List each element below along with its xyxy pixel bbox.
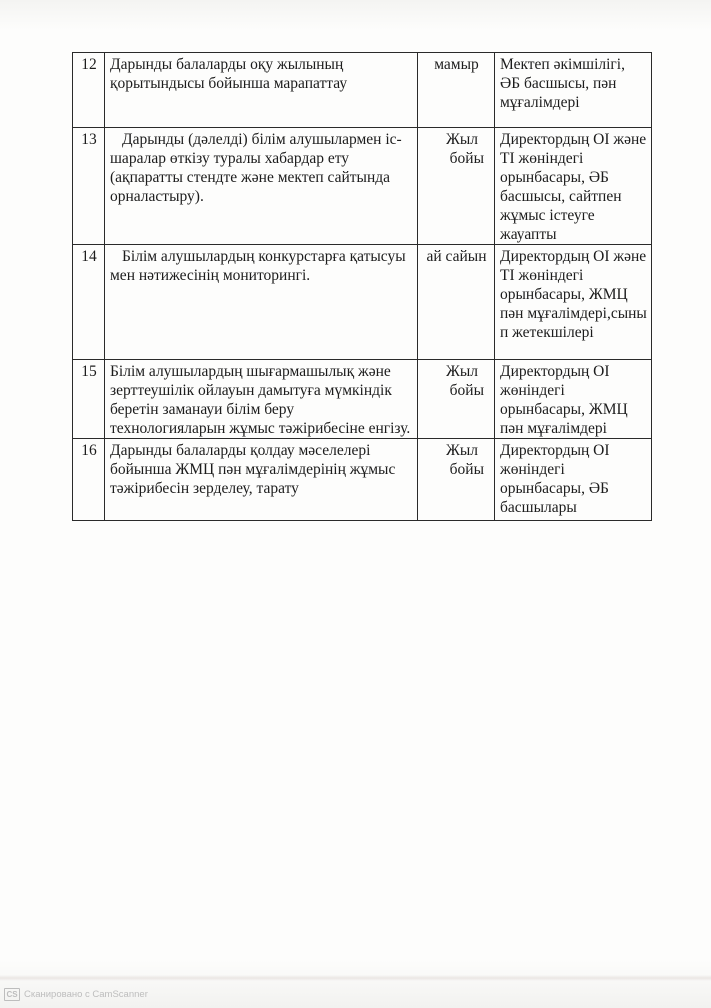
date-cell: Жыл бойы	[418, 360, 495, 439]
responsible-text: Директордың ОІ және ТІ жөніндегі орынбас…	[500, 130, 647, 244]
date-cell: мамыр	[418, 53, 495, 128]
responsible-text: Директордың ОІ жөніндегі орынбасары, ЖМЦ…	[500, 362, 647, 438]
responsible-cell: Директордың ОІ және ТІ жөніндегі орынбас…	[495, 128, 652, 245]
date-line: Жыл	[423, 441, 484, 460]
responsible-text: Мектеп әкімшілігі, ӘБ басшысы, пән мұғал…	[500, 55, 647, 112]
row-number: 12	[73, 53, 105, 128]
table-row: 15 Білім алушылардың шығармашылық және з…	[73, 360, 652, 439]
responsible-text: Директордың ОІ жөніндегі орынбасары, ӘБ …	[500, 441, 647, 517]
date-line: Жыл	[423, 362, 484, 381]
row-number: 15	[73, 360, 105, 439]
date-cell: ай сайын	[418, 245, 495, 360]
responsible-cell: Директордың ОІ жөніндегі орынбасары, ЖМЦ…	[495, 360, 652, 439]
responsible-cell: Директордың ОІ және ТІ жөніндегі орынбас…	[495, 245, 652, 360]
scan-artifact	[0, 975, 711, 981]
table-row: 12 Дарынды балаларды оқу жылының қорытын…	[73, 53, 652, 128]
activity-text: Дарынды (дәлелді) білім алушылармен іс-ш…	[110, 130, 413, 206]
table-row: 16 Дарынды балаларды қолдау мәселелері б…	[73, 439, 652, 521]
table-row: 14 Білім алушылардың конкурстарға қатысу…	[73, 245, 652, 360]
row-number: 16	[73, 439, 105, 521]
table-row: 13 Дарынды (дәлелді) білім алушылармен і…	[73, 128, 652, 245]
row-number: 14	[73, 245, 105, 360]
activity-text: Дарынды балаларды оқу жылының қорытындыс…	[110, 55, 413, 93]
activity-text: Дарынды балаларды қолдау мәселелері бойы…	[110, 441, 413, 498]
responsible-text: Директордың ОІ және ТІ жөніндегі орынбас…	[500, 247, 647, 342]
scanner-watermark: CS Сканировано с CamScanner	[4, 988, 148, 1001]
activity-text: Білім алушылардың шығармашылық және зерт…	[110, 362, 413, 438]
date-line: ай сайын	[423, 247, 490, 266]
responsible-cell: Мектеп әкімшілігі, ӘБ басшысы, пән мұғал…	[495, 53, 652, 128]
responsible-cell: Директордың ОІ жөніндегі орынбасары, ӘБ …	[495, 439, 652, 521]
activity-cell: Білім алушылардың конкурстарға қатысуы м…	[105, 245, 418, 360]
date-line: бойы	[423, 149, 484, 168]
date-cell: Жыл бойы	[418, 128, 495, 245]
date-line: бойы	[423, 460, 484, 479]
date-line: бойы	[423, 381, 484, 400]
date-line: Жыл	[423, 130, 484, 149]
date-line: мамыр	[423, 55, 490, 74]
camscanner-logo-icon: CS	[4, 988, 20, 1001]
activity-plan-table: 12 Дарынды балаларды оқу жылының қорытын…	[72, 52, 652, 521]
activity-cell: Дарынды (дәлелді) білім алушылармен іс-ш…	[105, 128, 418, 245]
activity-text: Білім алушылардың конкурстарға қатысуы м…	[110, 247, 413, 285]
activity-cell: Дарынды балаларды оқу жылының қорытындыс…	[105, 53, 418, 128]
activity-cell: Білім алушылардың шығармашылық және зерт…	[105, 360, 418, 439]
row-number: 13	[73, 128, 105, 245]
watermark-text: Сканировано с CamScanner	[24, 989, 148, 1000]
activity-cell: Дарынды балаларды қолдау мәселелері бойы…	[105, 439, 418, 521]
date-cell: Жыл бойы	[418, 439, 495, 521]
